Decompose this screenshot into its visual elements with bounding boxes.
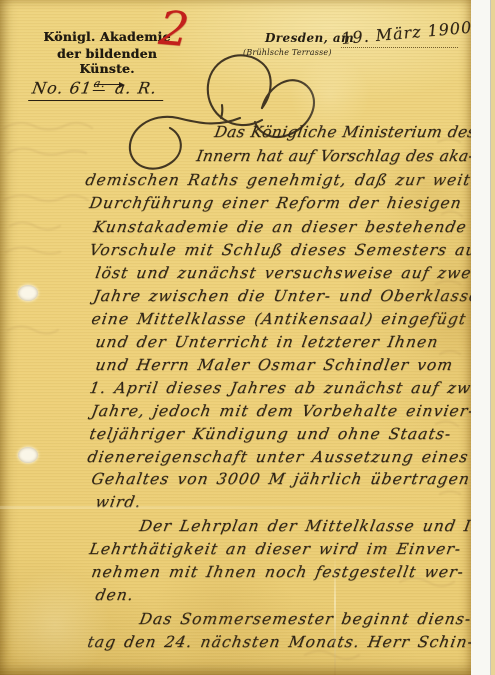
body-line: löst und zunächst versuchsweise auf zwei <box>94 264 471 282</box>
body-line: Das Sommersemester beginnt diens- <box>138 610 471 628</box>
punch-hole-top <box>18 285 38 301</box>
body-line: den. <box>94 586 136 604</box>
punch-hole-bottom <box>18 447 38 463</box>
adjacent-page-edge <box>490 0 495 675</box>
dateline-address: (Brühlsche Terrasse) <box>243 48 332 57</box>
body-line: dienereigenschaft unter Aussetzung eines <box>86 448 470 466</box>
scanned-letter-page: Königl. Akademie der bildenden Künste. 2… <box>0 0 495 675</box>
reference-number: No. 61a. a. R. <box>28 77 167 101</box>
paper-crease-horizontal <box>0 506 471 509</box>
reference-label: No. <box>31 78 65 97</box>
folio-number-red: 2 <box>157 5 191 54</box>
body-line: und der Unterricht in letzterer Ihnen <box>94 333 440 351</box>
body-line: Der Lehrplan der Mittelklasse und Ihre <box>138 517 471 535</box>
body-line: Kunstakademie die an dieser bestehende <box>92 218 468 236</box>
body-line: nehmen mit Ihnen noch festgestellt wer- <box>90 563 466 581</box>
body-line: Jahre, jedoch mit dem Vorbehalte einvier… <box>90 402 471 420</box>
body-line: tag den 24. nächsten Monats. Herr Schin- <box>86 633 471 651</box>
body-line: Gehaltes von 3000 M jährlich übertragen <box>90 470 471 488</box>
body-line: demischen Raths genehmigt, daß zur weite… <box>84 171 471 189</box>
body-line: Innern hat auf Vorschlag des aka- <box>195 147 471 165</box>
body-line: Lehrthätigkeit an dieser wird im Einver- <box>88 540 463 558</box>
body-line: Das Königliche Ministerium des <box>213 123 471 141</box>
body-line: Durchführung einer Reform der hiesigen <box>88 194 463 212</box>
body-line: und Herrn Maler Osmar Schindler vom <box>94 356 455 374</box>
body-line: Jahre zwischen die Unter- und Oberklasse <box>92 287 471 305</box>
body-line: 1. April dieses Jahres ab zunächst auf z… <box>88 379 471 397</box>
reference-suffix: a. R. <box>114 78 159 97</box>
body-line: teljähriger Kündigung und ohne Staats- <box>88 425 453 443</box>
paper-crease-vertical <box>334 555 336 675</box>
body-line: Vorschule mit Schluß dieses Semesters au… <box>88 241 471 259</box>
paper-sheet: Königl. Akademie der bildenden Künste. 2… <box>0 0 471 675</box>
reference-value: 61 <box>68 78 93 97</box>
body-line: eine Mittelklasse (Antikensaal) eingefüg… <box>90 310 468 328</box>
reference-superscript: a. <box>93 77 107 91</box>
